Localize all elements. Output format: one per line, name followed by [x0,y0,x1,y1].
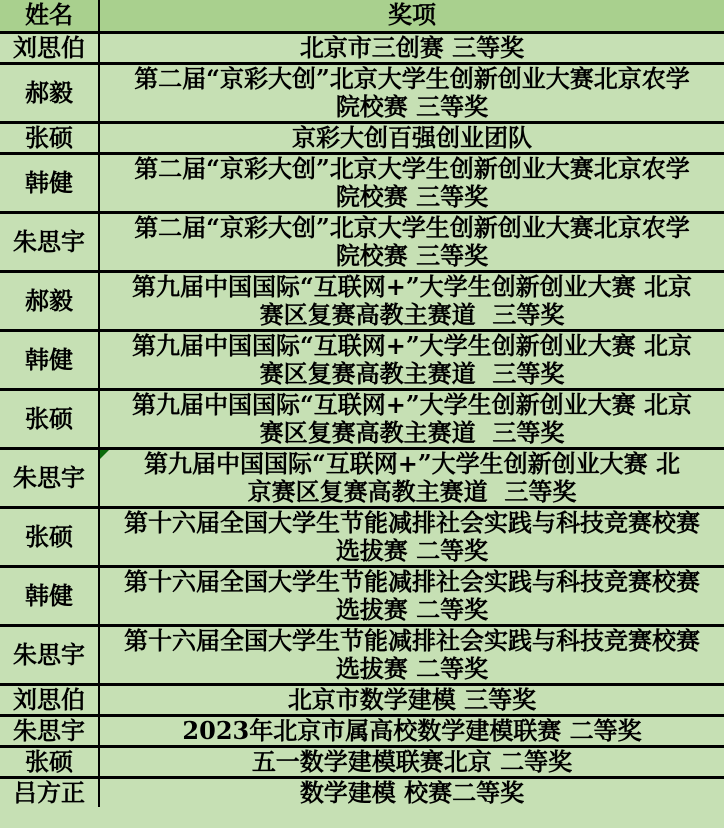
name-cell[interactable]: 郝毅 [0,63,99,122]
table-row: 朱思宇2023年北京市属高校数学建模联赛 二等奖 [0,715,724,746]
table-body: 刘思伯北京市三创赛 三等奖郝毅第二届“京彩大创”北京大学生创新创业大赛北京农学 … [0,32,724,807]
table-row: 朱思宇第九届中国国际“互联网+”大学生创新创业大赛 北 京赛区复赛高教主赛道 三… [0,448,724,507]
name-cell[interactable]: 韩健 [0,330,99,389]
award-cell[interactable]: 第二届“京彩大创”北京大学生创新创业大赛北京农学 院校赛 三等奖 [99,153,724,212]
award-cell[interactable]: 第九届中国国际“互联网+”大学生创新创业大赛 北京 赛区复赛高教主赛道 三等奖 [99,389,724,448]
comment-indicator-icon [100,450,109,459]
name-cell[interactable]: 吕方正 [0,777,99,807]
award-cell[interactable]: 数学建模 校赛二等奖 [99,777,724,807]
name-cell[interactable]: 张硕 [0,746,99,777]
table-row: 韩健第九届中国国际“互联网+”大学生创新创业大赛 北京 赛区复赛高教主赛道 三等… [0,330,724,389]
name-cell[interactable]: 刘思伯 [0,32,99,63]
award-cell[interactable]: 北京市三创赛 三等奖 [99,32,724,63]
name-cell[interactable]: 郝毅 [0,271,99,330]
awards-table: 姓名 奖项 刘思伯北京市三创赛 三等奖郝毅第二届“京彩大创”北京大学生创新创业大… [0,0,724,807]
name-cell[interactable]: 张硕 [0,507,99,566]
name-cell[interactable]: 张硕 [0,389,99,448]
name-cell[interactable]: 韩健 [0,566,99,625]
table-row: 郝毅第九届中国国际“互联网+”大学生创新创业大赛 北京 赛区复赛高教主赛道 三等… [0,271,724,330]
header-cell-award[interactable]: 奖项 [99,0,724,32]
table-row: 张硕五一数学建模联赛北京 二等奖 [0,746,724,777]
award-cell[interactable]: 第九届中国国际“互联网+”大学生创新创业大赛 北京 赛区复赛高教主赛道 三等奖 [99,330,724,389]
award-cell[interactable]: 第十六届全国大学生节能减排社会实践与科技竞赛校赛 选拔赛 二等奖 [99,625,724,684]
name-cell[interactable]: 韩健 [0,153,99,212]
header-cell-name[interactable]: 姓名 [0,0,99,32]
award-cell[interactable]: 北京市数学建模 三等奖 [99,684,724,715]
name-cell[interactable]: 朱思宇 [0,625,99,684]
award-cell[interactable]: 第九届中国国际“互联网+”大学生创新创业大赛 北 京赛区复赛高教主赛道 三等奖 [99,448,724,507]
table-row: 韩健第十六届全国大学生节能减排社会实践与科技竞赛校赛 选拔赛 二等奖 [0,566,724,625]
name-cell[interactable]: 张硕 [0,122,99,153]
table-row: 朱思宇第十六届全国大学生节能减排社会实践与科技竞赛校赛 选拔赛 二等奖 [0,625,724,684]
header-row: 姓名 奖项 [0,0,724,32]
award-cell[interactable]: 第十六届全国大学生节能减排社会实践与科技竞赛校赛 选拔赛 二等奖 [99,566,724,625]
table-row: 刘思伯北京市三创赛 三等奖 [0,32,724,63]
table-row: 郝毅第二届“京彩大创”北京大学生创新创业大赛北京农学 院校赛 三等奖 [0,63,724,122]
award-cell[interactable]: 第二届“京彩大创”北京大学生创新创业大赛北京农学 院校赛 三等奖 [99,212,724,271]
award-cell[interactable]: 2023年北京市属高校数学建模联赛 二等奖 [99,715,724,746]
award-cell[interactable]: 京彩大创百强创业团队 [99,122,724,153]
table-header: 姓名 奖项 [0,0,724,32]
table-row: 吕方正数学建模 校赛二等奖 [0,777,724,807]
award-cell[interactable]: 五一数学建模联赛北京 二等奖 [99,746,724,777]
table-row: 刘思伯北京市数学建模 三等奖 [0,684,724,715]
table-row: 朱思宇第二届“京彩大创”北京大学生创新创业大赛北京农学 院校赛 三等奖 [0,212,724,271]
table-row: 张硕京彩大创百强创业团队 [0,122,724,153]
table-row: 张硕第十六届全国大学生节能减排社会实践与科技竞赛校赛 选拔赛 二等奖 [0,507,724,566]
award-cell[interactable]: 第十六届全国大学生节能减排社会实践与科技竞赛校赛 选拔赛 二等奖 [99,507,724,566]
award-cell[interactable]: 第九届中国国际“互联网+”大学生创新创业大赛 北京 赛区复赛高教主赛道 三等奖 [99,271,724,330]
table-row: 韩健第二届“京彩大创”北京大学生创新创业大赛北京农学 院校赛 三等奖 [0,153,724,212]
name-cell[interactable]: 朱思宇 [0,212,99,271]
table-row: 张硕第九届中国国际“互联网+”大学生创新创业大赛 北京 赛区复赛高教主赛道 三等… [0,389,724,448]
award-cell[interactable]: 第二届“京彩大创”北京大学生创新创业大赛北京农学 院校赛 三等奖 [99,63,724,122]
name-cell[interactable]: 刘思伯 [0,684,99,715]
name-cell[interactable]: 朱思宇 [0,715,99,746]
name-cell[interactable]: 朱思宇 [0,448,99,507]
